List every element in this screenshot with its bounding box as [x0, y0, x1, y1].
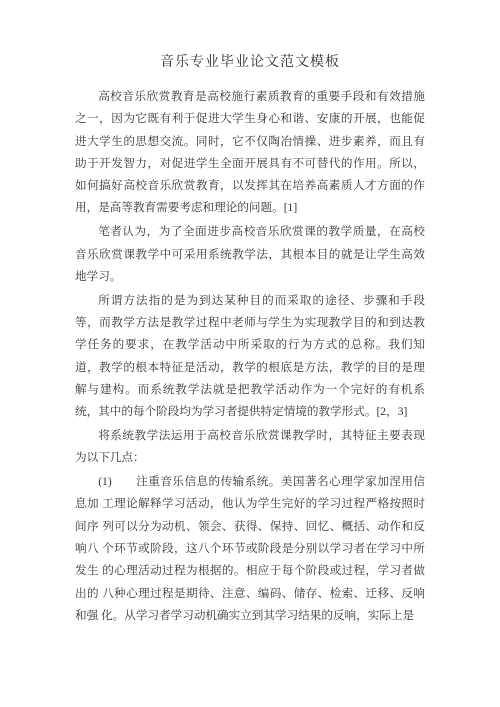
paragraph: 所谓方法指的是为到达某种目的而采取的途径、步骤和手段等，而教学方法是教学过程中老… [75, 290, 425, 424]
text-line: 如何搞好高校音乐欣赏教育，以发挥其在培养高素质人才方面的作 [75, 175, 425, 197]
text-line: 之一，因为它既有利于促进大学生身心和谐、安康的开展，也能促 [75, 108, 425, 130]
text-line: 发生 的心理活动过程为根据的。相应于每个阶段或过程，学习者做 [75, 560, 425, 582]
paragraph: (1) 注重音乐信息的传输系统。美国著名心理学家加涅用信息加 工理论解释学习活动… [75, 471, 425, 627]
text-line: 响八 个环节或阶段，这八个环节或阶段是分别以学习者在学习中所 [75, 538, 425, 560]
text-line: 道，教学的根本特征是活动，教学的根底是方法，教学的目的是理 [75, 357, 425, 379]
text-line: 等，而教学方法是教学过程中老师与学生为实现教学目的和到达教 [75, 312, 425, 334]
text-line: 息加 工理论解释学习活动，他认为学生完好的学习过程严格按照时 [75, 493, 425, 515]
text-line: 高校音乐欣赏教育是高校施行素质教育的重要手段和有效措施 [75, 86, 425, 108]
paragraph: 将系统教学法运用于高校音乐欣赏课教学时，其特征主要表现为以下几点： [75, 425, 425, 470]
text-line: 所谓方法指的是为到达某种目的而采取的途径、步骤和手段 [75, 290, 425, 312]
text-line: 出的 八种心理过程是期待、注意、编码、储存、检索、迁移、反响 [75, 583, 425, 605]
text-line: 地学习。 [75, 266, 425, 288]
text-line: 间序 列可以分为动机、领会、获得、保持、回忆、概括、动作和反 [75, 516, 425, 538]
paragraph: 笔者认为，为了全面进步高校音乐欣赏课的教学质量，在高校音乐欣赏课教学中可采用系统… [75, 221, 425, 288]
text-line: 为以下几点： [75, 447, 425, 469]
text-line: 用，是高等教育需要考虑和理论的问题。[1] [75, 197, 425, 219]
text-line: 统，其中的每个阶段均为学习者提供特定情境的教学形式。[2，3] [75, 401, 425, 423]
text-line: 笔者认为，为了全面进步高校音乐欣赏课的教学质量，在高校 [75, 221, 425, 243]
text-line: 解与建构。而系统教学法就是把教学活动作为一个完好的有机系 [75, 379, 425, 401]
text-line: 和强 化。从学习者学习动机确实立到其学习结果的反响，实际上是 [75, 605, 425, 627]
text-line: 助于开发智力，对促进学生全面开展具有不可替代的作用。所以， [75, 153, 425, 175]
text-line: (1) 注重音乐信息的传输系统。美国著名心理学家加涅用信 [75, 471, 425, 493]
text-line: 进大学生的思想交流。同时，它不仅陶冶情操、进步素养，而且有 [75, 131, 425, 153]
text-line: 将系统教学法运用于高校音乐欣赏课教学时，其特征主要表现 [75, 425, 425, 447]
text-line: 学任务的要求，在教学活动中所采取的行为方式的总称。我们知 [75, 334, 425, 356]
document-title: 音乐专业毕业论文范文模板 [75, 54, 425, 71]
text-line: 音乐欣赏课教学中可采用系统教学法，其根本目的就是让学生高效 [75, 244, 425, 266]
paragraph: 高校音乐欣赏教育是高校施行素质教育的重要手段和有效措施之一，因为它既有利于促进大… [75, 86, 425, 220]
document-body: 高校音乐欣赏教育是高校施行素质教育的重要手段和有效措施之一，因为它既有利于促进大… [75, 86, 425, 627]
document-page: 音乐专业毕业论文范文模板 高校音乐欣赏教育是高校施行素质教育的重要手段和有效措施… [75, 0, 425, 627]
